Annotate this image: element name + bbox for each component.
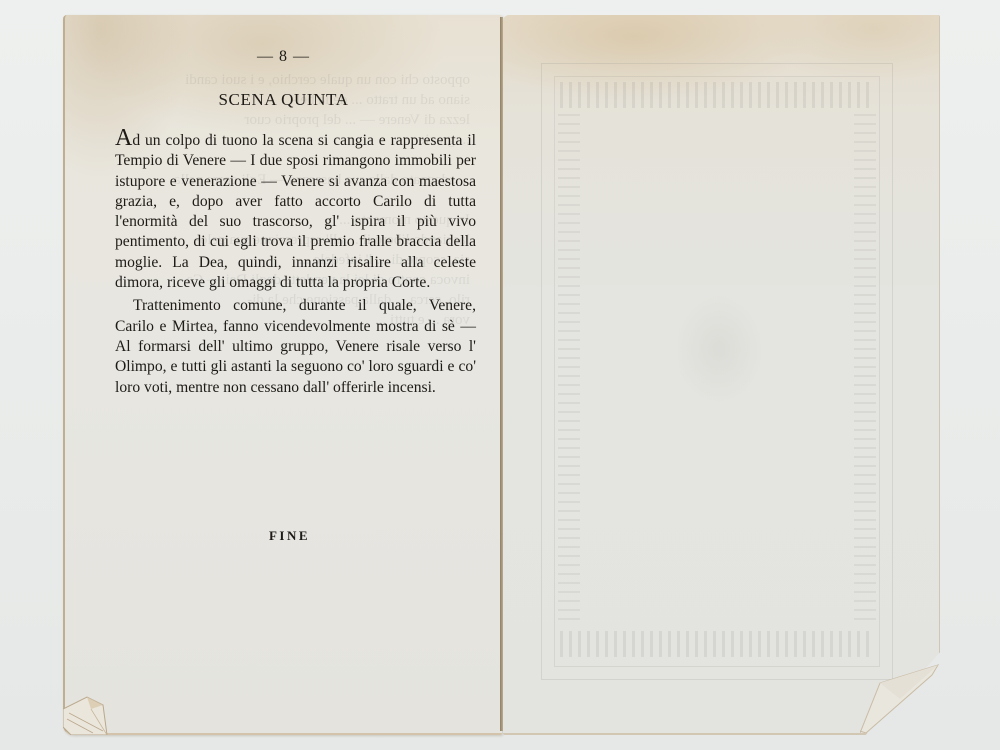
- emblem-show-through: [674, 294, 764, 404]
- stage-directions: Ad un colpo di tuono la scena si cangia …: [115, 129, 476, 398]
- paragraph-2: Trattenimento comune, durante il quale, …: [115, 296, 476, 397]
- ornament-side-left: [558, 114, 580, 624]
- booklet-spread: opposto chi con un quale cerchio, e i su…: [0, 0, 1000, 750]
- ornament-side-right: [854, 114, 876, 624]
- ornamental-frame-show-through: [541, 63, 893, 680]
- scene-title: SCENA QUINTA: [65, 90, 502, 110]
- ornament-band-bottom: [560, 631, 874, 657]
- paragraph-1: Ad un colpo di tuono la scena si cangia …: [115, 129, 476, 293]
- folded-corner-icon: [860, 663, 940, 733]
- paragraph-1-text: d un colpo di tuono la scena si cangia e…: [115, 132, 476, 291]
- page-number: — 8 —: [65, 48, 502, 66]
- book-gutter: [500, 17, 503, 731]
- drop-cap: A: [115, 125, 132, 151]
- right-page: [503, 15, 940, 735]
- end-mark: FINE: [65, 528, 502, 544]
- ornament-band-top: [560, 82, 874, 108]
- folded-corner-icon: [63, 687, 125, 735]
- left-page: opposto chi con un quale cerchio, e i su…: [63, 15, 502, 735]
